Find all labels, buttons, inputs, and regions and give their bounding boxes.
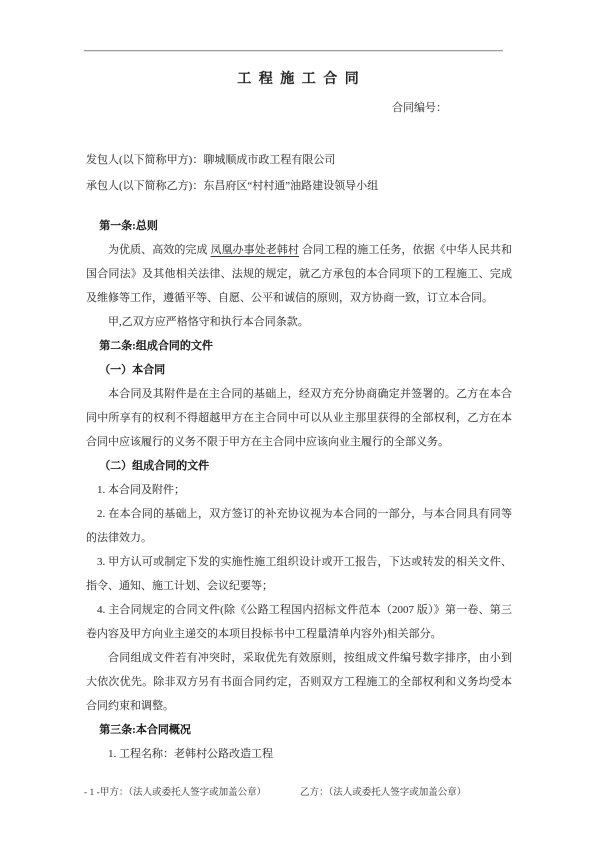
section1-paragraph1: 为优质、高效的完成凤凰办事处老韩村合同工程的施工任务，依据《中华人民共和国合同法… <box>86 238 512 310</box>
list-item: 1. 本合同及附件； <box>86 478 512 502</box>
section2-sub1-heading: （一）本合同 <box>86 358 512 382</box>
contract-clauses: 第一条:总则 为优质、高效的完成凤凰办事处老韩村合同工程的施工任务，依据《中华人… <box>86 214 512 766</box>
employer-line: 发包人(以下简称甲方)：聊城顺成市政工程有限公司 <box>86 147 512 173</box>
party-b-signature-line: 乙方：（法人或委托人签字或加盖公章） <box>300 786 466 800</box>
section2-sub2-heading: （二）组成合同的文件 <box>86 454 512 478</box>
section3-item1: 1. 工程名称：老韩村公路改造工程 <box>86 742 512 766</box>
party-a-signature-line: 甲方：（法人或委托人签字或加盖公章） <box>100 788 266 798</box>
section1-heading: 第一条:总则 <box>86 214 512 238</box>
section2-heading: 第二条:组成合同的文件 <box>86 334 512 358</box>
page-number: - 1 - <box>84 788 100 798</box>
parties-block: 发包人(以下简称甲方)：聊城顺成市政工程有限公司 承包人(以下简称乙方)：东昌府… <box>86 147 512 199</box>
contract-number-label: 合同编号： <box>86 100 512 116</box>
list-item: 3. 甲方认可或制定下发的实施性施工组织设计或开工报告，下达或转发的相关文件、指… <box>86 550 512 598</box>
section2-sub1-paragraph: 本合同及其附件是在主合同的基础上，经双方充分协商确定并签署的。乙方在本合同中所享… <box>86 382 512 454</box>
list-item: 2. 在本合同的基础上，双方签订的补充协议视为本合同的一部分，与本合同具有同等的… <box>86 502 512 550</box>
document-body: 工 程 施 工 合 同 合同编号： 发包人(以下简称甲方)：聊城顺成市政工程有限… <box>0 0 600 766</box>
section2-closing-paragraph: 合同组成文件若有冲突时，采取优先有效原则，按组成文件编号数字排序，由小到大依次优… <box>86 646 512 718</box>
section3-heading: 第三条:本合同概况 <box>86 718 512 742</box>
document-title: 工 程 施 工 合 同 <box>86 0 512 90</box>
section1-paragraph2: 甲,乙双方应严格恪守和执行本合同条款。 <box>86 310 512 334</box>
footer-left: - 1 -甲方：（法人或委托人签字或加盖公章） <box>84 786 266 800</box>
contractor-line: 承包人(以下简称乙方)：东昌府区“村村通”油路建设领导小组 <box>86 173 512 199</box>
document-page: 工 程 施 工 合 同 合同编号： 发包人(以下简称甲方)：聊城顺成市政工程有限… <box>0 0 600 849</box>
para1-prefix: 为优质、高效的完成 <box>108 244 208 256</box>
para1-underlined-blank: 凤凰办事处老韩村 <box>208 244 302 256</box>
header-divider-line <box>84 50 503 52</box>
list-item: 4. 主合同规定的合同文件(除《公路工程国内招标文件范本（2007 版）》第一卷… <box>86 598 512 646</box>
